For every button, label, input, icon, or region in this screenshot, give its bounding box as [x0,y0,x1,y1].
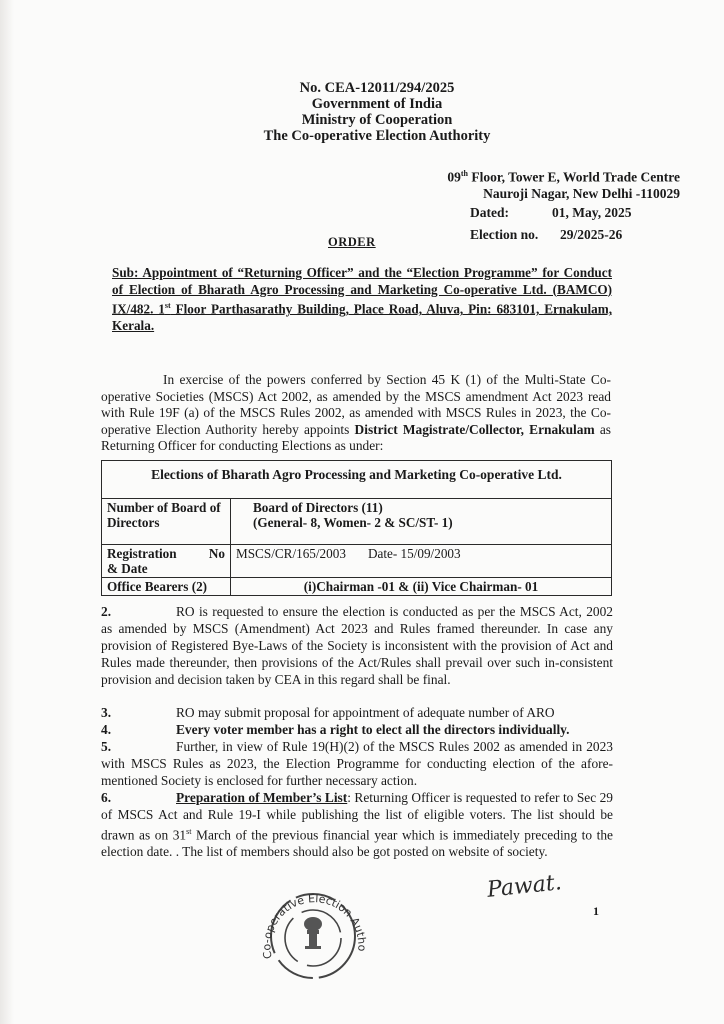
board-label: Number of Board of Directors [102,499,231,545]
table-title: Elections of Bharath Agro Processing and… [102,461,612,499]
government-name: Government of India [30,96,724,112]
point-3: 3.RO may submit proposal for appointment… [101,704,613,721]
point-2: 2.RO is requested to ensure the election… [101,603,613,688]
table-row: Number of Board of Directors Board of Di… [102,499,612,545]
office-bearers-value: (i)Chairman -01 & (ii) Vice Chairman- 01 [231,578,612,596]
members-list-heading: Preparation of Member’s List [176,790,347,805]
national-emblem-icon [304,917,322,949]
election-no-row: Election no.29/2025-26 [470,227,622,243]
intro-paragraph: In exercise of the powers conferred by S… [101,372,611,455]
registration-label: RegistrationNo & Date [102,545,231,578]
dated-value: 01, May, 2025 [552,205,632,220]
board-value: Board of Directors (11) (General- 8, Wom… [231,499,612,545]
dated-row: Dated:01, May, 2025 [470,205,632,221]
document-page: No. CEA-12011/294/2025 Government of Ind… [0,0,724,1024]
returning-officer-name: District Magistrate/Collector, Ernakulam [355,422,595,437]
point-6: 6.Preparation of Member’s List: Returnin… [101,789,613,860]
point-4: 4.Every voter member has a right to elec… [101,721,613,738]
election-details-table: Elections of Bharath Agro Processing and… [101,460,612,596]
page-edge-shadow [0,0,14,1024]
address-block: 09th Floor, Tower E, World Trade Centre … [380,166,680,202]
authority-stamp: Co-operative Election Authority [258,880,368,980]
order-title: ORDER [328,235,376,250]
office-bearers-label: Office Bearers (2) [102,578,231,596]
ministry-name: Ministry of Cooperation [30,112,724,128]
page-number: 1 [593,904,599,919]
point-5: 5.Further, in view of Rule 19(H)(2) of t… [101,738,613,789]
address-line-2: Nauroji Nagar, New Delhi -110029 [380,186,680,202]
letterhead: No. CEA-12011/294/2025 Government of Ind… [0,80,724,144]
election-no-label: Election no. [470,227,560,243]
election-no-value: 29/2025-26 [560,227,622,242]
subject: Sub: Appointment of “Returning Officer” … [112,265,612,334]
reference-number: No. CEA-12011/294/2025 [30,80,724,96]
authority-name: The Co-operative Election Authority [30,128,724,144]
registration-value: MSCS/CR/165/2003Date- 15/09/2003 [231,545,612,578]
table-title-row: Elections of Bharath Agro Processing and… [102,461,612,499]
table-row: Office Bearers (2) (i)Chairman -01 & (ii… [102,578,612,596]
table-row: RegistrationNo & Date MSCS/CR/165/2003Da… [102,545,612,578]
address-line-1: 09th Floor, Tower E, World Trade Centre [380,166,680,186]
signature: Pawat. [486,870,563,903]
dated-label: Dated: [470,205,552,221]
